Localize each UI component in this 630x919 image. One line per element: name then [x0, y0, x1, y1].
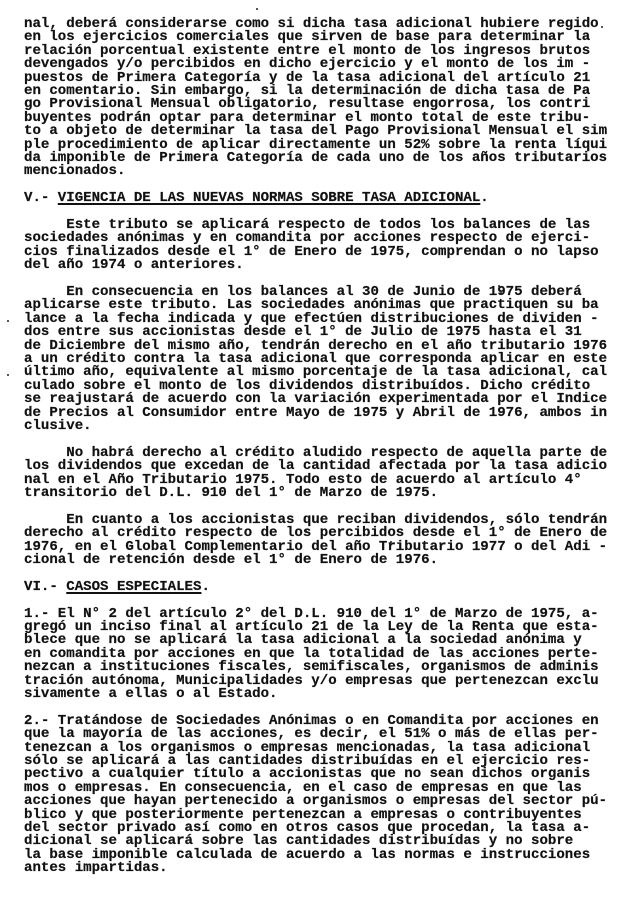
- text-line: sivamente a ellas o al Estado.: [24, 687, 278, 701]
- text-line: del año 1974 o anteriores.: [24, 258, 244, 272]
- scan-speck: [188, 752, 190, 754]
- scan-speck: [498, 285, 500, 287]
- section-heading: VI.- CASOS ESPECIALES.: [24, 580, 210, 594]
- section-number: V.-: [24, 190, 58, 206]
- scan-speck: [7, 320, 9, 322]
- scan-speck: [500, 292, 502, 294]
- scan-speck: [7, 374, 9, 376]
- section-heading: V.- VIGENCIA DE LAS NUEVAS NORMAS SOBRE …: [24, 191, 489, 205]
- text-line: de Precios al Consumidor entre Mayo de 1…: [24, 406, 607, 420]
- scan-speck: [510, 640, 512, 642]
- section-title-period: .: [480, 190, 488, 206]
- section-title-period: .: [201, 579, 209, 595]
- section-title: VIGENCIA DE LAS NUEVAS NORMAS SOBRE TASA…: [58, 190, 481, 206]
- text-line: antes impartidas.: [24, 861, 168, 875]
- section-title: CASOS ESPECIALES: [66, 579, 201, 595]
- document-page: nal, deberá considerarse como si dicha t…: [0, 0, 630, 919]
- text-line: clusive.: [24, 419, 92, 433]
- text-line: mencionados.: [24, 164, 125, 178]
- text-line: transitorio del D.L. 910 del 1° de Marzo…: [24, 486, 438, 500]
- section-number: VI.-: [24, 579, 66, 595]
- scan-speck: [256, 8, 258, 10]
- text-line: cional de retención desde el 1° de Enero…: [24, 553, 438, 567]
- scan-speck: [195, 300, 197, 302]
- scan-speck: [305, 530, 307, 532]
- scan-speck: [190, 624, 192, 626]
- scan-speck: [390, 541, 392, 543]
- scan-speck: [601, 26, 603, 28]
